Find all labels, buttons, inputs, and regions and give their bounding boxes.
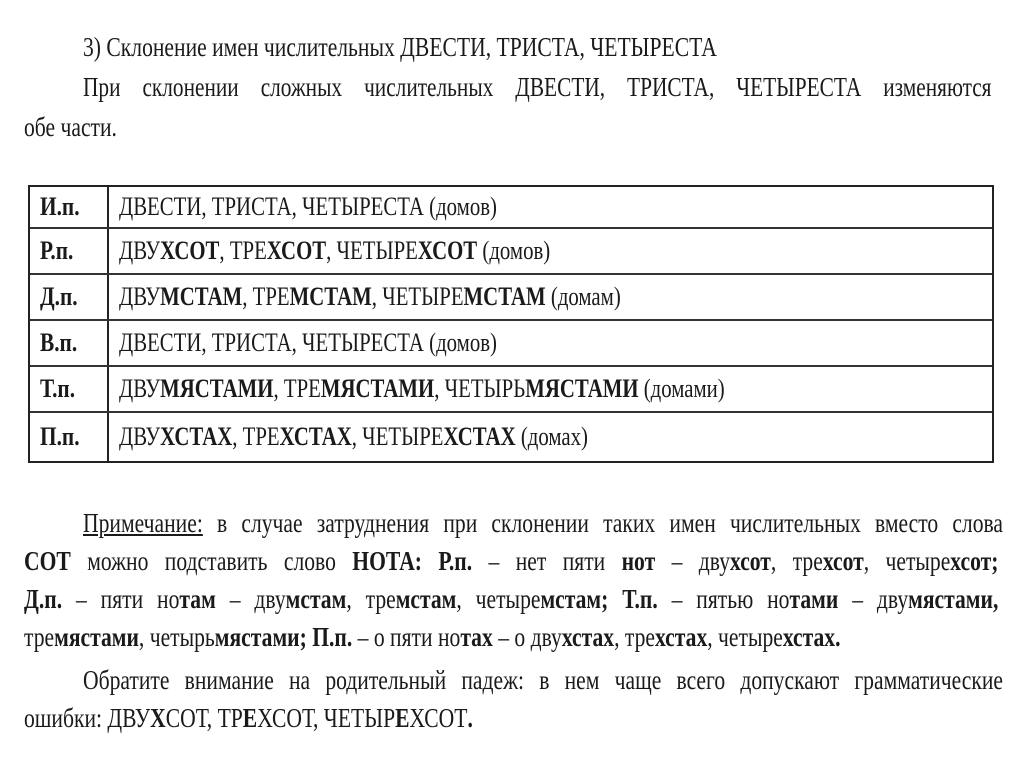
text-segment	[422, 546, 438, 576]
form-stem: ДВУ	[119, 236, 160, 265]
form-ending: ХСОТ	[418, 236, 477, 265]
text-segment: СОТ, ТР	[166, 703, 243, 733]
form-ending: МЯСТАМИ	[525, 374, 638, 403]
form-stem: ДВУ	[119, 422, 160, 451]
case-label: И.п.	[40, 192, 80, 222]
bold-segment: СОТ	[24, 546, 71, 576]
bold-segment: там	[179, 584, 215, 614]
form-stem: ЧЕТЫРЕ	[362, 422, 443, 451]
numeral-forms: ДВУМСТАМ, ТРЕМСТАМ, ЧЕТЫРЕМСТАМ (домам)	[119, 282, 621, 312]
note-line-3: Д.п. – пяти нотам – двумстам, тремстам, …	[24, 584, 998, 614]
case-label: Р.п.	[40, 236, 73, 266]
form-ending: МЯСТАМИ	[160, 374, 273, 403]
form-stem: ДВЕСТИ	[119, 328, 201, 357]
text-segment: – нет пяти	[472, 546, 621, 576]
bold-segment: тами	[789, 584, 838, 614]
bold-segment: Х	[150, 703, 166, 733]
bold-segment: Т.п.	[622, 584, 658, 614]
case-cell: П.п.	[30, 413, 109, 461]
form-stem: ТРЕ	[253, 282, 290, 311]
note-line-4: тремястами, четырьмястами; П.п. – о пяти…	[24, 622, 841, 652]
form-stem: ТРЕ	[284, 374, 321, 403]
noun-example: (домов)	[429, 192, 497, 221]
text-segment: ХСОТ, ЧЕТЫР	[257, 703, 395, 733]
table-row: Т.п.ДВУМЯСТАМИ, ТРЕМЯСТАМИ, ЧЕТЫРЬМЯСТАМ…	[30, 367, 992, 413]
form-ending: ХСТАХ	[444, 422, 516, 451]
bold-segment: мстам	[286, 584, 347, 614]
bold-segment: хстах	[562, 622, 614, 652]
forms-cell: ДВУМЯСТАМИ, ТРЕМЯСТАМИ, ЧЕТЫРЬМЯСТАМИ (д…	[109, 367, 992, 411]
form-ending: МСТАМ	[160, 282, 242, 311]
table-row: Д.п.ДВУМСТАМ, ТРЕМСТАМ, ЧЕТЫРЕМСТАМ (дом…	[30, 275, 992, 321]
text-segment: – о дву	[493, 622, 562, 652]
bold-segment: .	[467, 703, 472, 733]
text-segment: – о пяти но	[352, 622, 460, 652]
text-segment: – пятью но	[658, 584, 790, 614]
form-stem: ЧЕТЫРЬ	[445, 374, 526, 403]
noun-example: (домами)	[644, 374, 725, 403]
numeral-forms: ДВУХСОТ, ТРЕХСОТ, ЧЕТЫРЕХСОТ (домов)	[119, 236, 550, 266]
form-ending: МСТАМ	[290, 282, 372, 311]
form-stem: ДВЕСТИ	[119, 192, 201, 221]
forms-cell: ДВУМСТАМ, ТРЕМСТАМ, ЧЕТЫРЕМСТАМ (домам)	[109, 275, 992, 319]
form-stem: ЧЕТЫРЕ	[337, 236, 418, 265]
bold-segment: мстам	[396, 584, 457, 614]
intro-text-line-1: При склонении сложных числительных ДВЕСТ…	[83, 72, 992, 102]
bold-segment: Е	[243, 703, 257, 733]
form-ending: ХСОТ	[267, 236, 326, 265]
table-row: В.п.ДВЕСТИ, ТРИСТА, ЧЕТЫРЕСТА (домов)	[30, 321, 992, 367]
noun-example: (домах)	[521, 422, 588, 451]
form-ending: ХСОТ	[160, 236, 219, 265]
attention-line-2: ошибки: ДВУХСОТ, ТРЕХСОТ, ЧЕТЫРЕХСОТ.	[24, 703, 473, 733]
bold-segment: П.п.	[312, 622, 352, 652]
note-line-1-text: в случае затруднения при склонении таких…	[203, 508, 1003, 538]
text-segment: можно подставить слово	[71, 546, 352, 576]
form-stem: ТРЕ	[243, 422, 280, 451]
text-segment: – дву	[655, 546, 730, 576]
noun-example: (домам)	[551, 282, 621, 311]
forms-cell: ДВЕСТИ, ТРИСТА, ЧЕТЫРЕСТА (домов)	[109, 321, 992, 365]
form-stem: ДВУ	[119, 374, 160, 403]
text-segment: , тре	[771, 546, 823, 576]
attention-line-1: Обратите внимание на родительный падеж: …	[83, 665, 1003, 695]
text-segment: , четыре	[456, 584, 540, 614]
declension-table: И.п.ДВЕСТИ, ТРИСТА, ЧЕТЫРЕСТА (домов)Р.п…	[28, 185, 994, 463]
bold-segment: нот	[622, 546, 656, 576]
noun-example: (домов)	[482, 236, 550, 265]
note-line-2: СОТ можно подставить слово НОТА: Р.п. – …	[24, 546, 998, 576]
numeral-forms: ДВЕСТИ, ТРИСТА, ЧЕТЫРЕСТА (домов)	[119, 192, 497, 222]
forms-cell: ДВУХСОТ, ТРЕХСОТ, ЧЕТЫРЕХСОТ (домов)	[109, 229, 992, 273]
bold-segment: хсот	[730, 546, 771, 576]
form-ending: МСТАМ	[464, 282, 546, 311]
text-segment: , четыре	[864, 546, 951, 576]
numeral-forms: ДВУМЯСТАМИ, ТРЕМЯСТАМИ, ЧЕТЫРЬМЯСТАМИ (д…	[119, 374, 725, 404]
case-label: Д.п.	[40, 282, 78, 312]
text-segment: , четырь	[139, 622, 215, 652]
form-stem: ТРИСТА	[212, 192, 292, 221]
case-cell: Р.п.	[30, 229, 109, 273]
form-stem: ЧЕТЫРЕ	[382, 282, 463, 311]
case-cell: В.п.	[30, 321, 109, 365]
note-line-1: Примечание: в случае затруднения при скл…	[83, 508, 1003, 538]
forms-cell: ДВУХСТАХ, ТРЕХСТАХ, ЧЕТЫРЕХСТАХ (домах)	[109, 413, 992, 461]
intro-text-line-2: обе части.	[24, 112, 117, 142]
case-cell: Т.п.	[30, 367, 109, 411]
bold-segment: хсот;	[950, 546, 998, 576]
bold-segment: хстах	[655, 622, 707, 652]
text-segment	[608, 584, 622, 614]
case-cell: Д.п.	[30, 275, 109, 319]
bold-segment: Р.п.	[438, 546, 472, 576]
bold-segment: НОТА:	[352, 546, 422, 576]
text-segment: – дву	[838, 584, 908, 614]
numeral-forms: ДВУХСТАХ, ТРЕХСТАХ, ЧЕТЫРЕХСТАХ (домах)	[119, 422, 588, 452]
bold-segment: тах	[460, 622, 492, 652]
bold-segment: мястами,	[908, 584, 998, 614]
form-stem: ЧЕТЫРЕСТА	[302, 328, 424, 357]
text-segment: , тре	[346, 584, 395, 614]
case-cell: И.п.	[30, 187, 109, 227]
case-label: П.п.	[40, 422, 80, 452]
bold-segment: мстам;	[540, 584, 608, 614]
form-ending: ХСТАХ	[160, 422, 232, 451]
section-title: 3) Склонение имен числительных ДВЕСТИ, Т…	[83, 32, 717, 62]
text-segment: ХСОТ	[410, 703, 468, 733]
text-segment: – пяти но	[62, 584, 179, 614]
numeral-forms: ДВЕСТИ, ТРИСТА, ЧЕТЫРЕСТА (домов)	[119, 328, 497, 358]
forms-cell: ДВЕСТИ, ТРИСТА, ЧЕТЫРЕСТА (домов)	[109, 187, 992, 227]
form-stem: ТРИСТА	[212, 328, 292, 357]
table-row: П.п.ДВУХСТАХ, ТРЕХСТАХ, ЧЕТЫРЕХСТАХ (дом…	[30, 413, 992, 461]
form-ending: ХСТАХ	[280, 422, 352, 451]
note-label: Примечание:	[83, 508, 203, 538]
bold-segment: Е	[395, 703, 409, 733]
form-ending: МЯСТАМИ	[321, 374, 434, 403]
bold-segment: Д.п.	[24, 584, 62, 614]
text-segment: ошибки: ДВУ	[24, 703, 150, 733]
case-label: Т.п.	[40, 374, 75, 404]
bold-segment: хстах.	[783, 622, 841, 652]
bold-segment: мястами	[54, 622, 139, 652]
text-segment: тре	[24, 622, 54, 652]
table-row: И.п.ДВЕСТИ, ТРИСТА, ЧЕТЫРЕСТА (домов)	[30, 187, 992, 229]
form-stem: ЧЕТЫРЕСТА	[302, 192, 424, 221]
noun-example: (домов)	[429, 328, 497, 357]
bold-segment: хсот	[823, 546, 864, 576]
case-label: В.п.	[40, 328, 77, 358]
text-segment: , четыре	[707, 622, 783, 652]
bold-segment: мястами;	[215, 622, 307, 652]
form-stem: ДВУ	[119, 282, 160, 311]
form-stem: ТРЕ	[230, 236, 267, 265]
table-row: Р.п.ДВУХСОТ, ТРЕХСОТ, ЧЕТЫРЕХСОТ (домов)	[30, 229, 992, 275]
text-segment: , тре	[614, 622, 655, 652]
text-segment: – дву	[216, 584, 286, 614]
